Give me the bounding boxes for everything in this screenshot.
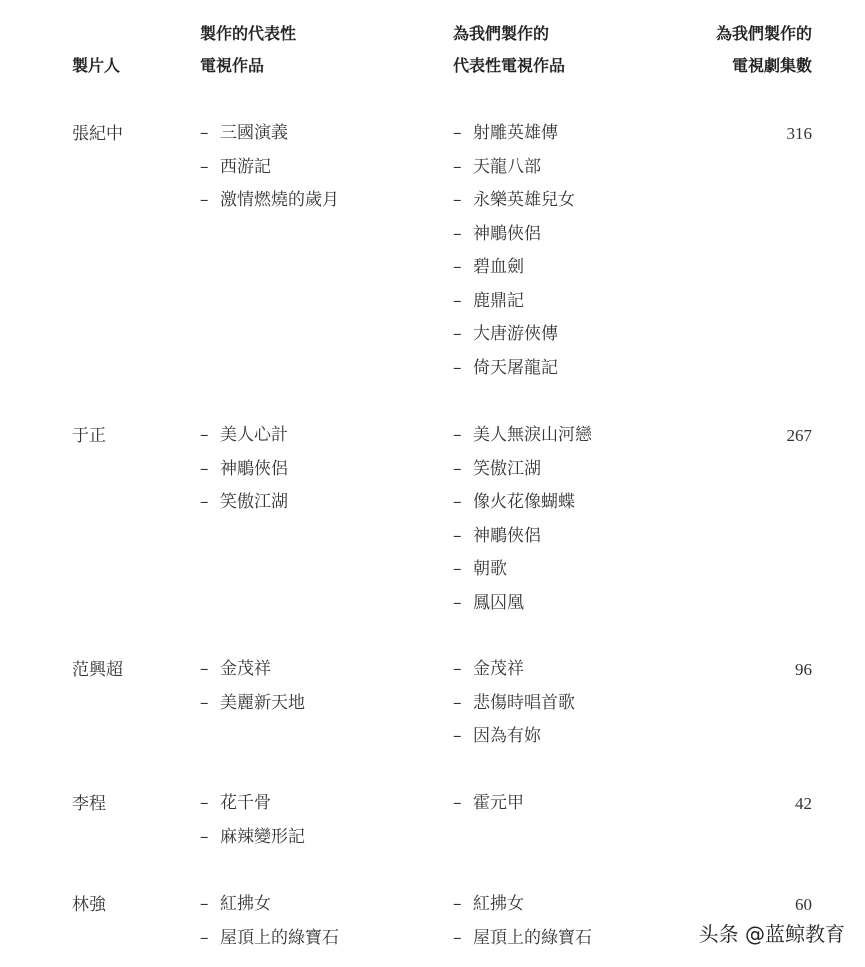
list-item: –霍元甲 <box>453 787 524 821</box>
list-item: –金茂祥 <box>200 653 305 687</box>
dash-bullet: – <box>453 318 473 352</box>
work-title: 笑傲江湖 <box>473 459 541 479</box>
work-title: 美麗新天地 <box>220 693 305 713</box>
work-title: 神鵰俠侶 <box>220 459 288 479</box>
producer-name: 林強 <box>72 888 106 922</box>
work-title: 激情燃燒的歲月 <box>220 190 339 210</box>
works-for-us-list: –射雕英雄傳–天龍八部–永樂英雄兒女–神鵰俠侶–碧血劍–鹿鼎記–大唐游俠傳–倚天… <box>453 117 575 385</box>
dash-bullet: – <box>453 486 473 520</box>
list-item: –因為有妳 <box>453 720 575 754</box>
list-item: –美人無淚山河戀 <box>453 419 592 453</box>
header-line: 電視作品 <box>200 50 296 82</box>
dash-bullet: – <box>453 285 473 319</box>
work-title: 悲傷時唱首歌 <box>473 693 575 713</box>
header-works-for-us: 為我們製作的 代表性電視作品 <box>453 18 565 82</box>
list-item: –悲傷時唱首歌 <box>453 687 575 721</box>
header-line: 代表性電視作品 <box>453 50 565 82</box>
representative-works-list: –三國演義–西游記–激情燃燒的歲月 <box>200 117 339 218</box>
episode-count: 60 <box>795 888 812 922</box>
episode-count: 267 <box>787 419 813 453</box>
list-item: –大唐游俠傳 <box>453 318 575 352</box>
dash-bullet: – <box>453 653 473 687</box>
header-episode-count: 為我們製作的 電視劇集數 <box>716 18 812 82</box>
work-title: 紅拂女 <box>220 894 271 914</box>
list-item: –神鵰俠侶 <box>453 520 592 554</box>
list-item: –碧血劍 <box>453 251 575 285</box>
dash-bullet: – <box>453 922 473 956</box>
list-item: –笑傲江湖 <box>200 486 288 520</box>
dash-bullet: – <box>200 486 220 520</box>
representative-works-list: –紅拂女–屋頂上的綠寶石 <box>200 888 339 955</box>
dash-bullet: – <box>453 184 473 218</box>
work-title: 朝歌 <box>473 559 507 579</box>
dash-bullet: – <box>453 218 473 252</box>
works-for-us-list: –紅拂女–屋頂上的綠寶石 <box>453 888 592 955</box>
works-for-us-list: –霍元甲 <box>453 787 524 821</box>
work-title: 神鵰俠侶 <box>473 526 541 546</box>
work-title: 永樂英雄兒女 <box>473 190 575 210</box>
dash-bullet: – <box>200 453 220 487</box>
list-item: –西游記 <box>200 151 339 185</box>
producer-name: 于正 <box>72 419 106 453</box>
dash-bullet: – <box>453 787 473 821</box>
list-item: –鹿鼎記 <box>453 285 575 319</box>
header-line: 製作的代表性 <box>200 18 296 50</box>
dash-bullet: – <box>200 419 220 453</box>
list-item: –屋頂上的綠寶石 <box>453 922 592 956</box>
producer-name: 李程 <box>72 787 106 821</box>
dash-bullet: – <box>453 151 473 185</box>
dash-bullet: – <box>453 453 473 487</box>
list-item: –三國演義 <box>200 117 339 151</box>
dash-bullet: – <box>200 888 220 922</box>
list-item: –紅拂女 <box>453 888 592 922</box>
list-item: –鳳囚凰 <box>453 587 592 621</box>
list-item: –金茂祥 <box>453 653 575 687</box>
list-item: –激情燃燒的歲月 <box>200 184 339 218</box>
header-representative-works: 製作的代表性 電視作品 <box>200 18 296 82</box>
work-title: 美人無淚山河戀 <box>473 425 592 445</box>
work-title: 碧血劍 <box>473 257 524 277</box>
producer-name: 張紀中 <box>72 117 123 151</box>
work-title: 西游記 <box>220 157 271 177</box>
work-title: 紅拂女 <box>473 894 524 914</box>
dash-bullet: – <box>453 888 473 922</box>
list-item: –美人心計 <box>200 419 288 453</box>
list-item: –屋頂上的綠寶石 <box>200 922 339 956</box>
dash-bullet: – <box>453 720 473 754</box>
dash-bullet: – <box>200 922 220 956</box>
header-producer: 製片人 <box>72 50 120 82</box>
list-item: –神鵰俠侶 <box>453 218 575 252</box>
representative-works-list: –花千骨–麻辣變形記 <box>200 787 305 854</box>
works-for-us-list: –美人無淚山河戀–笑傲江湖–像火花像蝴蝶–神鵰俠侶–朝歌–鳳囚凰 <box>453 419 592 620</box>
work-title: 因為有妳 <box>473 726 541 746</box>
episode-count: 316 <box>787 117 813 151</box>
works-for-us-list: –金茂祥–悲傷時唱首歌–因為有妳 <box>453 653 575 754</box>
work-title: 三國演義 <box>220 123 288 143</box>
dash-bullet: – <box>200 821 220 855</box>
dash-bullet: – <box>453 419 473 453</box>
work-title: 美人心計 <box>220 425 288 445</box>
header-line: 電視劇集數 <box>716 50 812 82</box>
list-item: –花千骨 <box>200 787 305 821</box>
dash-bullet: – <box>453 520 473 554</box>
work-title: 金茂祥 <box>220 659 271 679</box>
dash-bullet: – <box>453 117 473 151</box>
list-item: –倚天屠龍記 <box>453 352 575 386</box>
list-item: –麻辣變形記 <box>200 821 305 855</box>
producer-name: 范興超 <box>72 653 123 687</box>
list-item: –笑傲江湖 <box>453 453 592 487</box>
episode-count: 96 <box>795 653 812 687</box>
work-title: 笑傲江湖 <box>220 492 288 512</box>
work-title: 鹿鼎記 <box>473 291 524 311</box>
dash-bullet: – <box>200 117 220 151</box>
list-item: –天龍八部 <box>453 151 575 185</box>
work-title: 屋頂上的綠寶石 <box>220 928 339 948</box>
list-item: –美麗新天地 <box>200 687 305 721</box>
list-item: –紅拂女 <box>200 888 339 922</box>
work-title: 霍元甲 <box>473 793 524 813</box>
list-item: –像火花像蝴蝶 <box>453 486 592 520</box>
episode-count: 42 <box>795 787 812 821</box>
dash-bullet: – <box>453 553 473 587</box>
dash-bullet: – <box>453 352 473 386</box>
watermark: 头条 @蓝鲸教育 <box>699 918 845 947</box>
dash-bullet: – <box>453 251 473 285</box>
work-title: 倚天屠龍記 <box>473 358 558 378</box>
work-title: 神鵰俠侶 <box>473 224 541 244</box>
work-title: 鳳囚凰 <box>473 593 524 613</box>
list-item: –射雕英雄傳 <box>453 117 575 151</box>
work-title: 花千骨 <box>220 793 271 813</box>
work-title: 屋頂上的綠寶石 <box>473 928 592 948</box>
work-title: 射雕英雄傳 <box>473 123 558 143</box>
work-title: 麻辣變形記 <box>220 827 305 847</box>
list-item: –朝歌 <box>453 553 592 587</box>
dash-bullet: – <box>200 687 220 721</box>
work-title: 金茂祥 <box>473 659 524 679</box>
representative-works-list: –金茂祥–美麗新天地 <box>200 653 305 720</box>
header-line: 為我們製作的 <box>453 18 565 50</box>
dash-bullet: – <box>200 787 220 821</box>
dash-bullet: – <box>200 184 220 218</box>
dash-bullet: – <box>453 687 473 721</box>
list-item: –神鵰俠侶 <box>200 453 288 487</box>
dash-bullet: – <box>200 653 220 687</box>
work-title: 大唐游俠傳 <box>473 324 558 344</box>
work-title: 天龍八部 <box>473 157 541 177</box>
list-item: –永樂英雄兒女 <box>453 184 575 218</box>
dash-bullet: – <box>453 587 473 621</box>
work-title: 像火花像蝴蝶 <box>473 492 575 512</box>
representative-works-list: –美人心計–神鵰俠侶–笑傲江湖 <box>200 419 288 520</box>
header-line: 為我們製作的 <box>716 18 812 50</box>
dash-bullet: – <box>200 151 220 185</box>
